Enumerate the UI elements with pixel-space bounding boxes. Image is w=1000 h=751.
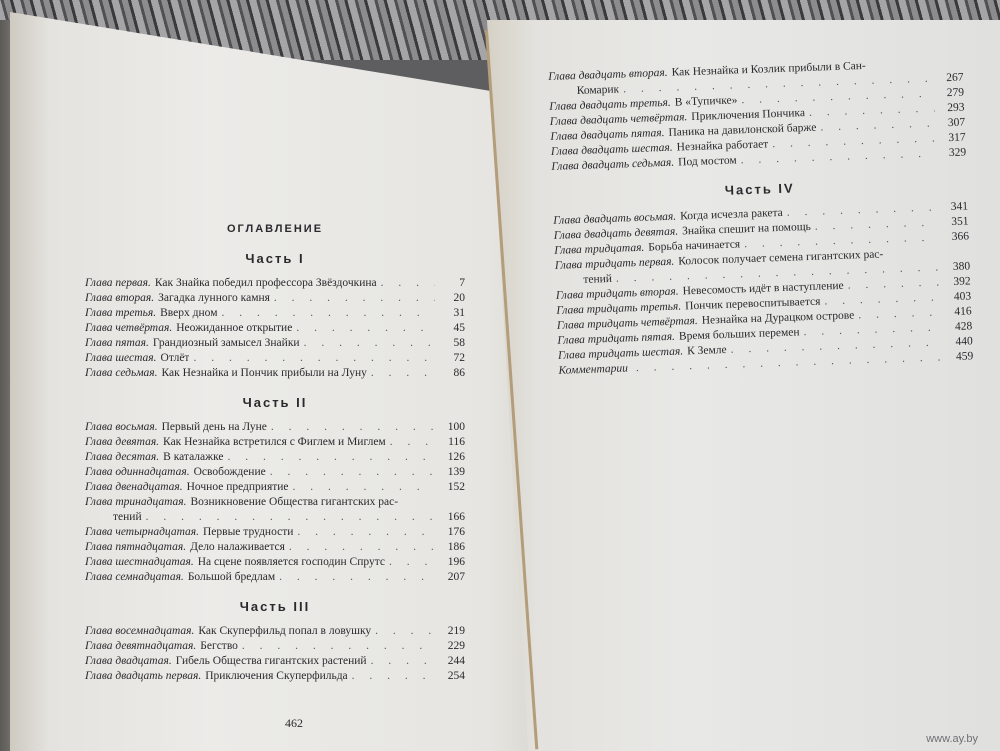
chapter-title: Возникновение Общества гигантских рас-: [191, 495, 399, 510]
toc-entry: Глава четвёртая.Неожиданное открытие45: [85, 321, 465, 336]
page-number: 207: [435, 570, 465, 585]
toc-entry: Глава третья.Вверх дном31: [85, 306, 465, 321]
chapter-title-continuation: Комарик: [577, 83, 620, 99]
chapter-title: Освобождение: [194, 465, 266, 480]
chapter-label: Глава восемнадцатая.: [85, 624, 194, 639]
part-title: Часть III: [85, 599, 465, 614]
comments-label: Комментарии: [558, 361, 628, 378]
right-page-toc: Глава двадцать вторая.Как Незнайка и Коз…: [548, 56, 974, 379]
page-number: 186: [435, 540, 465, 555]
leader-dots: [377, 276, 435, 291]
page-number: 219: [435, 624, 465, 639]
leader-dots: [348, 669, 435, 684]
page-number: 366: [939, 229, 970, 245]
page-number: 267: [933, 71, 964, 87]
chapter-label: Глава восьмая.: [85, 420, 158, 435]
chapter-title: Дело налаживается: [190, 540, 285, 555]
page-number: 392: [940, 274, 971, 290]
toc-entry: Глава восемнадцатая.Как Скуперфильд попа…: [85, 624, 465, 639]
page-number: 380: [940, 259, 971, 275]
page-number: 20: [435, 291, 465, 306]
page-number: 152: [435, 480, 465, 495]
toc-entry: Глава пятая.Грандиозный замысел Знайки58: [85, 336, 465, 351]
chapter-label: Глава пятая.: [85, 336, 149, 351]
chapter-title: Бегство: [200, 639, 238, 654]
chapter-title: Как Знайка победил профессора Звёздочкин…: [155, 276, 377, 291]
page-number: 196: [435, 555, 465, 570]
toc-entry: Глава девятнадцатая.Бегство229: [85, 639, 465, 654]
page-number: 86: [435, 366, 465, 381]
page-number: 279: [934, 85, 965, 101]
leader-dots: [386, 435, 435, 450]
chapter-label: Глава девятнадцатая.: [85, 639, 196, 654]
leader-dots: [367, 654, 435, 669]
chapter-title: Первые трудности: [203, 525, 293, 540]
chapter-title: Приключения Скуперфильда: [205, 669, 347, 684]
chapter-label: Глава двадцать первая.: [85, 669, 201, 684]
leader-dots: [293, 525, 435, 540]
chapter-title: Отлёт: [161, 351, 190, 366]
leader-dots: [267, 420, 435, 435]
leader-dots: [266, 465, 435, 480]
chapter-title: Как Скуперфильд попал в ловушку: [198, 624, 371, 639]
chapter-title-continuation: тений: [113, 510, 142, 525]
page-number: 329: [936, 145, 967, 161]
left-page-toc: ОГЛАВЛЕНИЕ Часть I Глава первая.Как Знай…: [85, 222, 465, 684]
leader-dots: [300, 336, 435, 351]
chapter-label: Глава третья.: [85, 306, 156, 321]
toc-entry: Глава тринадцатая.Возникновение Общества…: [85, 495, 465, 510]
chapter-label: Глава девятая.: [85, 435, 159, 450]
chapter-title: Первый день на Луне: [162, 420, 267, 435]
chapter-title: Гибель Общества гигантских растений: [176, 654, 367, 669]
leader-dots: [285, 540, 435, 555]
toc-entry: Глава вторая.Загадка лунного камня20: [85, 291, 465, 306]
page-number: 317: [935, 130, 966, 146]
toc-entry: Глава одиннадцатая.Освобождение139: [85, 465, 465, 480]
toc-entry: Глава двадцатая.Гибель Общества гигантск…: [85, 654, 465, 669]
leader-dots: [142, 510, 435, 525]
chapter-title: На сцене появляется господин Спрутс: [198, 555, 385, 570]
toc-entry: Глава семнадцатая.Большой бредлам207: [85, 570, 465, 585]
chapter-label: Глава седьмая.: [85, 366, 158, 381]
chapter-title: Как Незнайка и Пончик прибыли на Луну: [162, 366, 367, 381]
chapter-title: К Земле: [687, 343, 727, 359]
chapter-title: Неожиданное открытие: [176, 321, 292, 336]
part-title: Часть IV: [552, 174, 967, 203]
chapter-label: Глава семнадцатая.: [85, 570, 184, 585]
leader-dots: [217, 306, 435, 321]
page-number: 31: [435, 306, 465, 321]
toc-entry-continuation: тений166: [85, 510, 465, 525]
page-number: 45: [435, 321, 465, 336]
toc-entry: Глава четырнадцатая.Первые трудности176: [85, 525, 465, 540]
toc-entry: Глава первая.Как Знайка победил профессо…: [85, 276, 465, 291]
chapter-label: Глава одиннадцатая.: [85, 465, 190, 480]
chapter-label: Глава первая.: [85, 276, 151, 291]
part-title: Часть II: [85, 395, 465, 410]
part-2-entries: Глава восьмая.Первый день на Луне100 Гла…: [85, 420, 465, 585]
chapter-label: Глава тринадцатая.: [85, 495, 187, 510]
chapter-title: Большой бредлам: [188, 570, 275, 585]
toc-entry: Глава шестнадцатая.На сцене появляется г…: [85, 555, 465, 570]
page-number: 254: [435, 669, 465, 684]
leader-dots: [289, 480, 435, 495]
page-number: 428: [942, 319, 973, 335]
chapter-title: В каталажке: [163, 450, 223, 465]
watermark: www.ay.by: [926, 733, 978, 745]
leader-dots: [367, 366, 435, 381]
leader-dots: [385, 555, 435, 570]
page-number: 58: [435, 336, 465, 351]
toc-entry: Глава восьмая.Первый день на Луне100: [85, 420, 465, 435]
part-title: Часть I: [85, 251, 465, 266]
part-1-entries: Глава первая.Как Знайка победил профессо…: [85, 276, 465, 381]
toc-entry: Глава девятая.Как Незнайка встретился с …: [85, 435, 465, 450]
chapter-title: Вверх дном: [160, 306, 217, 321]
page-number-footer: 462: [285, 716, 303, 731]
page-number: 126: [435, 450, 465, 465]
part-3-entries: Глава восемнадцатая.Как Скуперфильд попа…: [85, 624, 465, 684]
chapter-label: Глава шестнадцатая.: [85, 555, 194, 570]
page-number: 229: [435, 639, 465, 654]
toc-heading: ОГЛАВЛЕНИЕ: [85, 222, 465, 237]
chapter-title: Под мостом: [678, 153, 737, 170]
leader-dots: [189, 351, 435, 366]
toc-entry: Глава двенадцатая.Ночное предприятие152: [85, 480, 465, 495]
page-number: 403: [941, 289, 972, 305]
chapter-title: Как Незнайка встретился с Фиглем и Мигле…: [163, 435, 386, 450]
page-number: 341: [938, 199, 969, 215]
page-number: 166: [435, 510, 465, 525]
page-number: 459: [943, 349, 974, 365]
chapter-title: Ночное предприятие: [187, 480, 289, 495]
page-number: 139: [435, 465, 465, 480]
chapter-label: Глава двадцать седьмая.: [551, 156, 674, 175]
chapter-title: Загадка лунного камня: [158, 291, 270, 306]
page-number: 244: [435, 654, 465, 669]
leader-dots: [371, 624, 435, 639]
page-number: 416: [941, 304, 972, 320]
toc-entry: Глава шестая.Отлёт72: [85, 351, 465, 366]
chapter-title-continuation: тений: [583, 272, 612, 288]
toc-entry: Глава десятая.В каталажке126: [85, 450, 465, 465]
chapter-label: Глава пятнадцатая.: [85, 540, 186, 555]
leader-dots: [292, 321, 435, 336]
toc-entry: Глава двадцать первая.Приключения Скупер…: [85, 669, 465, 684]
leader-dots: [238, 639, 435, 654]
chapter-label: Глава двадцатая.: [85, 654, 172, 669]
leader-dots: [270, 291, 435, 306]
toc-entry: Глава седьмая.Как Незнайка и Пончик приб…: [85, 366, 465, 381]
chapter-label: Глава вторая.: [85, 291, 154, 306]
chapter-label: Глава четырнадцатая.: [85, 525, 199, 540]
page-number: 351: [938, 214, 969, 230]
chapter-title: Грандиозный замысел Знайки: [153, 336, 300, 351]
page-number: 293: [934, 100, 965, 116]
chapter-label: Глава двенадцатая.: [85, 480, 183, 495]
leader-dots: [275, 570, 435, 585]
page-number: 307: [935, 115, 966, 131]
chapter-label: Глава десятая.: [85, 450, 159, 465]
leader-dots: [224, 450, 436, 465]
chapter-label: Глава шестая.: [85, 351, 157, 366]
page-number: 72: [435, 351, 465, 366]
page-number: 116: [435, 435, 465, 450]
chapter-label: Глава четвёртая.: [85, 321, 172, 336]
page-number: 100: [435, 420, 465, 435]
page-number: 176: [435, 525, 465, 540]
page-number: 7: [435, 276, 465, 291]
toc-entry: Глава пятнадцатая.Дело налаживается186: [85, 540, 465, 555]
page-number: 440: [943, 334, 974, 350]
